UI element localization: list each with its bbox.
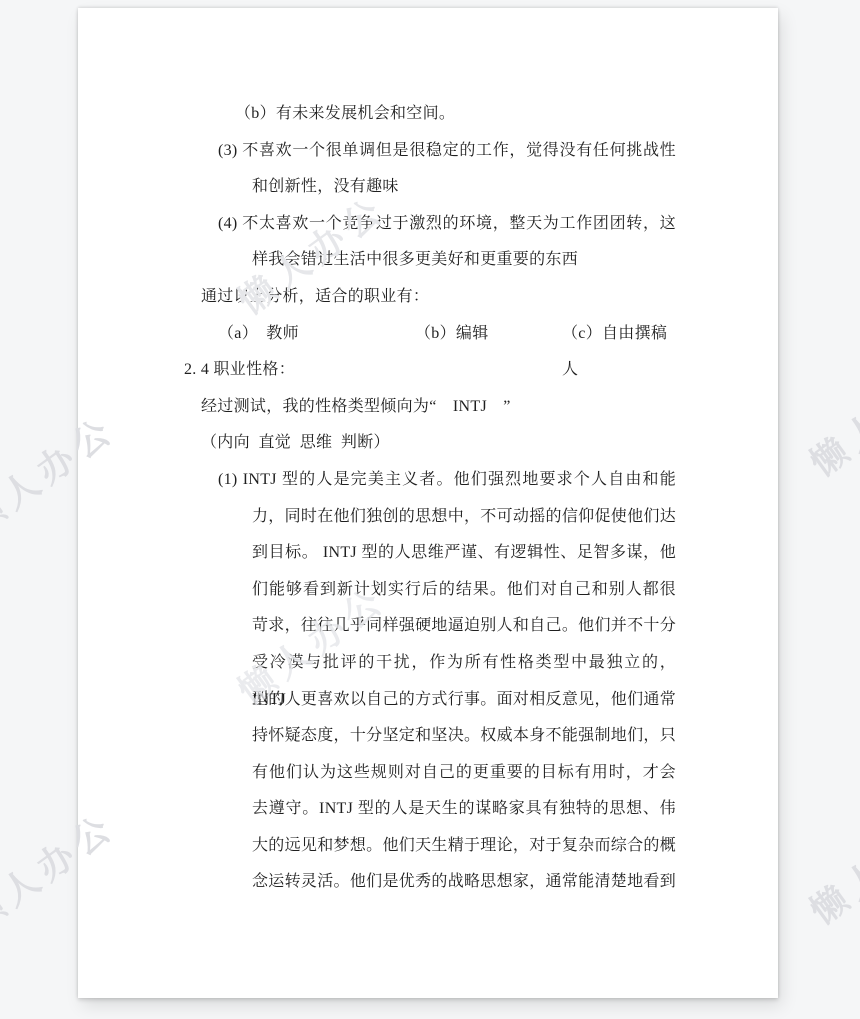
text-line: (3) 不喜欢一个很单调但是很稳定的工作，觉得没有任何挑战性 (218, 133, 676, 170)
option-item: （a） 教师 (218, 316, 299, 353)
document-preview-canvas: （b）有未来发展机会和空间。(3) 不喜欢一个很单调但是很稳定的工作，觉得没有任… (0, 0, 860, 1019)
text-line: 苛求，往往几乎同样强硬地逼迫别人和自己。他们并不十分 (252, 608, 676, 645)
text-line: 型的人更喜欢以自己的方式行事。面对相反意见，他们通常 (252, 682, 676, 719)
text-line: 有他们认为这些规则对自己的更重要的目标有用时，才会 (252, 755, 676, 792)
text-line: （b）有未来发展机会和空间。 (235, 96, 676, 133)
document-content: （b）有未来发展机会和空间。(3) 不喜欢一个很单调但是很稳定的工作，觉得没有任… (78, 8, 778, 901)
text-line: 样我会错过生活中很多更美好和更重要的东西 (252, 242, 676, 279)
text-line: 经过测试，我的性格类型倾向为“ INTJ ” (201, 389, 676, 426)
option-item: （b）编辑 (415, 316, 489, 353)
text-line: 大的远见和梦想。他们天生精于理论，对于复杂而综合的概 (252, 828, 676, 865)
text-line: 持怀疑态度，十分坚定和坚决。权威本身不能强制地们，只 (252, 718, 676, 755)
text-line: (1) INTJ 型的人是完美主义者。他们强烈地要求个人自由和能 (218, 462, 676, 499)
watermark-text: 懒人办公 (798, 344, 860, 486)
text-line: （a） 教师（b）编辑（c）自由撰稿人 (218, 316, 676, 353)
text-line: 受冷漠与批评的干扰，作为所有性格类型中最独立的，INTJ (252, 645, 676, 682)
text-line: 到目标。 INTJ 型的人思维严谨、有逻辑性、足智多谋，他 (252, 535, 676, 572)
text-line: 念运转灵活。他们是优秀的战略思想家，通常能清楚地看到 (252, 864, 676, 901)
text-line: 去遵守。INTJ 型的人是天生的谋略家具有独特的思想、伟 (252, 791, 676, 828)
document-page: （b）有未来发展机会和空间。(3) 不喜欢一个很单调但是很稳定的工作，觉得没有任… (78, 8, 778, 998)
text-line: 们能够看到新计划实行后的结果。他们对自己和别人都很 (252, 572, 676, 609)
text-line: 通过以上分析，适合的职业有： (201, 279, 676, 316)
text-line: 力，同时在他们独创的思想中，不可动摇的信仰促使他们达 (252, 499, 676, 536)
text-line: （内向 直觉 思维 判断） (201, 425, 676, 462)
text-line: (4) 不太喜欢一个竞争过于激烈的环境，整天为工作团团转，这 (218, 206, 676, 243)
text-line: 2. 4 职业性格： (184, 352, 676, 389)
watermark-text: 懒人办公 (798, 792, 860, 934)
text-line: 和创新性，没有趣味 (252, 169, 676, 206)
